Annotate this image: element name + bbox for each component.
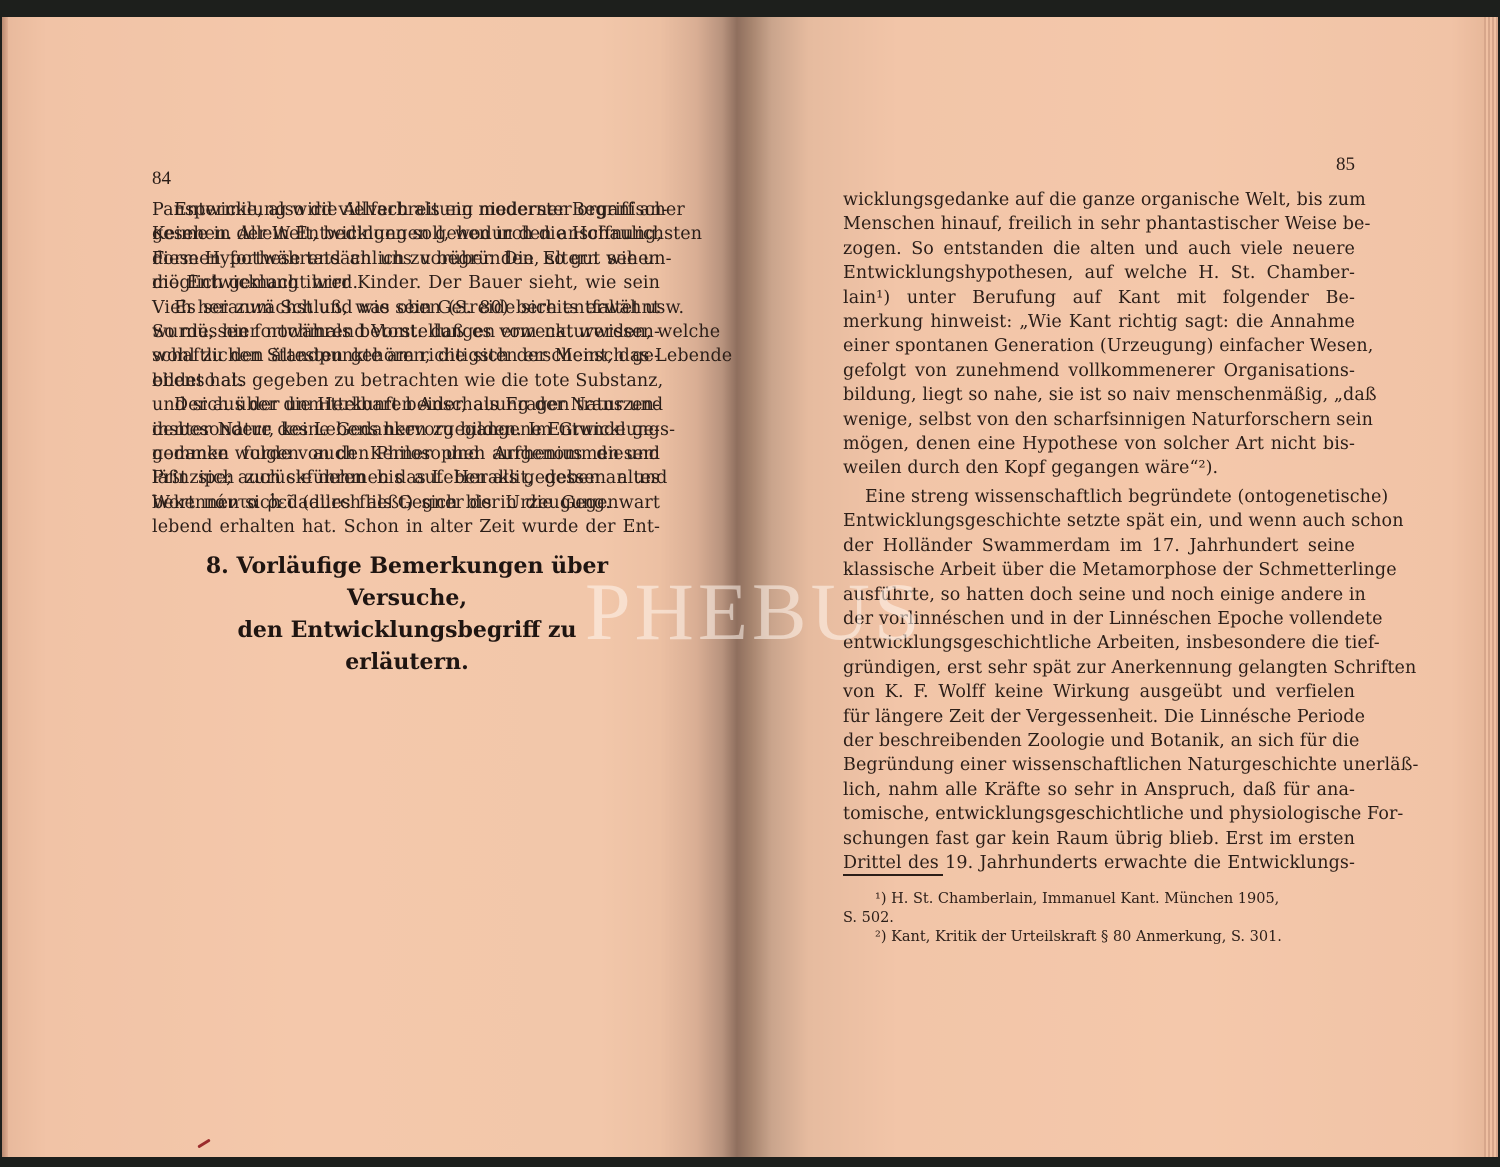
text-line: mögen, denen eine Hypothese von solcher … xyxy=(843,432,1355,456)
text-line: ausführte, so hatten doch seine und noch… xyxy=(843,583,1355,607)
text-line: lebend erhalten hat. Schon in alter Zeit… xyxy=(152,515,660,539)
text-line: für längere Zeit der Vergessenheit. Die … xyxy=(843,705,1355,729)
text-line: die Entwicklung ihrer Kinder. Der Bauer … xyxy=(152,271,660,295)
text-line: zogen. So entstanden die alten und auch … xyxy=(843,237,1355,261)
page-number-right: 85 xyxy=(1336,154,1355,176)
footnotes: ¹) H. St. Chamberlain, Immanuel Kant. Mü… xyxy=(843,890,1343,947)
text-line: wenige, selbst von den scharfsinnigen Na… xyxy=(843,408,1355,432)
text-line: wohl zu den ältesten gehören, die sich d… xyxy=(152,344,660,368)
text-line: Menschen hinauf, freilich in sehr phanta… xyxy=(843,212,1355,236)
text-line: Begründung einer wissenschaftlichen Natu… xyxy=(843,753,1355,777)
section-heading: 8. Vorläufige Bemerkungen über Versuche,… xyxy=(172,550,642,678)
text-line: klassische Arbeit über die Metamorphose … xyxy=(843,558,1355,582)
text-line: schungen fast gar kein Raum übrig blieb.… xyxy=(843,827,1355,851)
left-page-edge xyxy=(2,17,8,1157)
text-line: Vieh heranwächst und wie sein Getreide s… xyxy=(152,296,660,320)
text-line: entwicklungsgeschichtliche Arbeiten, ins… xyxy=(843,631,1355,655)
text-line: tomische, entwicklungsgeschichtliche und… xyxy=(843,802,1355,826)
text-line: Formen fortwährend an uns vorüber. Die E… xyxy=(152,247,660,271)
text-line: Eine streng wissenschaftlich begründete … xyxy=(843,485,1355,509)
text-line: der vorlinnéschen und in der Linnéschen … xyxy=(843,607,1355,631)
section-heading-line-1: 8. Vorläufige Bemerkungen über Versuche, xyxy=(172,550,642,614)
text-line: Der aus der unmittelbaren Anschauung der… xyxy=(152,393,660,417)
text-line: von K. F. Wolff keine Wirkung ausgeübt u… xyxy=(843,680,1355,704)
text-line: wicklungsgedanke auf die ganze organisch… xyxy=(843,188,1355,212)
text-line: der beschreibenden Zoologie und Botanik,… xyxy=(843,729,1355,753)
text-line: weilen durch den Kopf gegangen wäre“²). xyxy=(843,456,1355,480)
text-line: gründigen, erst sehr spät zur Anerkennun… xyxy=(843,656,1355,680)
text-line: Drittel des 19. Jahrhunderts erwachte di… xyxy=(843,851,1355,875)
text-line: Entwicklung wird vielfach als ein modern… xyxy=(152,198,660,222)
text-line: merkung hinweist: „Wie Kant richtig sagt… xyxy=(843,310,1355,334)
right-page-stack-edge xyxy=(1484,17,1498,1157)
text-line: Entwicklungshypothesen, auf welche H. St… xyxy=(843,261,1355,285)
text-line: So müssen fortwährend Vorstellungen erwe… xyxy=(152,320,660,344)
text-line: bildet hat. xyxy=(152,369,660,393)
text-line: Wort πάντα ῥεῖ (alles fließt) sich bis i… xyxy=(152,491,660,515)
text-line: lain¹) unter Berufung auf Kant mit folge… xyxy=(843,286,1355,310)
text-line: einer spontanen Generation (Urzeugung) e… xyxy=(843,334,1355,358)
text-line: gesehen. Allein Entwicklungen gehen in d… xyxy=(152,222,660,246)
text-line: Entwicklungsgeschichte setzte spät ein, … xyxy=(843,509,1355,533)
footnote-2: ²) Kant, Kritik der Urteilskraft § 80 An… xyxy=(843,928,1343,947)
text-line: der Holländer Swammerdam im 17. Jahrhund… xyxy=(843,534,1355,558)
text-line: gedanke wurde von den Philosophen aufgen… xyxy=(152,442,660,466)
text-line: gefolgt von zunehmend vollkommenerer Org… xyxy=(843,359,1355,383)
left-page-text-bottom: Entwicklung wird vielfach als ein modern… xyxy=(152,198,660,540)
section-heading-line-2: den Entwicklungsbegriff zu erläutern. xyxy=(172,614,642,678)
text-line: läßt sich zurückführen bis auf Heraklit,… xyxy=(152,466,660,490)
footnote-divider xyxy=(843,874,943,876)
text-line: insbesondere des Lebens hervorgegangene … xyxy=(152,418,660,442)
footnote-1: ¹) H. St. Chamberlain, Immanuel Kant. Mü… xyxy=(843,890,1343,909)
footnote-1-continued: S. 502. xyxy=(843,909,1343,928)
page-number-left: 84 xyxy=(152,168,171,190)
text-line: bildung, liegt so nahe, sie ist so naiv … xyxy=(843,383,1355,407)
right-page-text: wicklungsgedanke auf die ganze organisch… xyxy=(843,188,1355,875)
text-line: lich, nahm alle Kräfte so sehr in Anspru… xyxy=(843,778,1355,802)
